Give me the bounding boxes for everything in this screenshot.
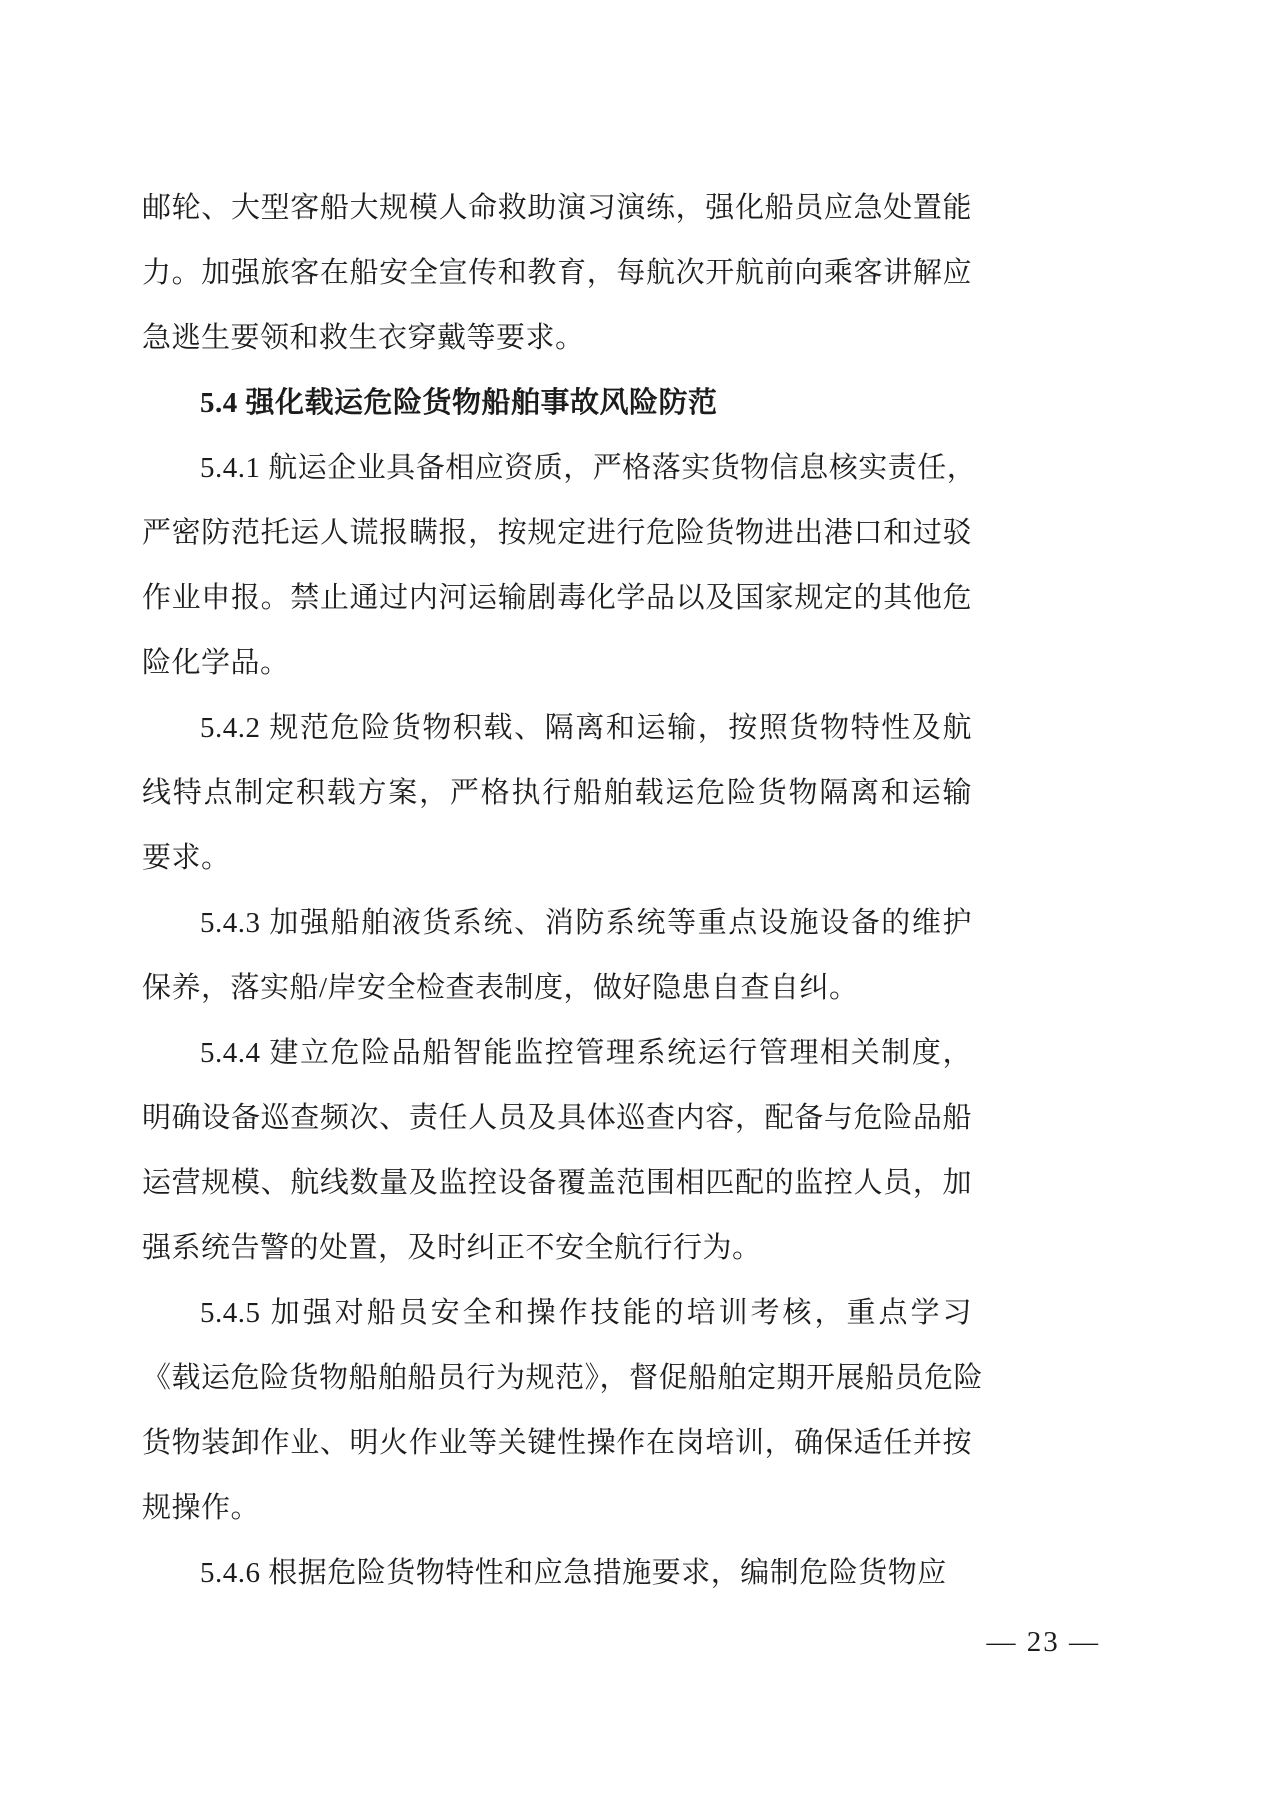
paragraph-5-4-2-line: 要求。: [142, 826, 972, 891]
paragraph-5-4-5-line: 规操作。: [142, 1476, 972, 1541]
paragraph-5-4-1-line: 作业申报。禁止通过内河运输剧毒化学品以及国家规定的其他危: [142, 566, 972, 631]
paragraph-passenger-safety-line: 力。加强旅客在船安全宣传和教育，每航次开航前向乘客讲解应: [142, 241, 972, 306]
paragraph-5-4-5-line: 《载运危险货物船舶船员行为规范》，督促船舶定期开展船员危险: [142, 1346, 972, 1411]
document-page: 邮轮、大型客船大规模人命救助演习演练，强化船员应急处置能 力。加强旅客在船安全宣…: [0, 0, 1280, 1810]
paragraph-5-4-6-line: 5.4.6 根据危险货物特性和应急措施要求，编制危险货物应: [142, 1541, 972, 1606]
paragraph-5-4-5-line: 货物装卸作业、明火作业等关键性操作在岗培训，确保适任并按: [142, 1411, 972, 1476]
section-heading-5-4: 5.4 强化载运危险货物船舶事故风险防范: [142, 371, 972, 436]
paragraph-5-4-1-line: 严密防范托运人谎报瞒报，按规定进行危险货物进出港口和过驳: [142, 501, 972, 566]
paragraph-5-4-5-line: 5.4.5 加强对船员安全和操作技能的培训考核，重点学习: [142, 1281, 972, 1346]
page-number: — 23 —: [987, 1622, 1101, 1662]
paragraph-5-4-3-line: 5.4.3 加强船舶液货系统、消防系统等重点设施设备的维护: [142, 891, 972, 956]
paragraph-5-4-1-line: 5.4.1 航运企业具备相应资质，严格落实货物信息核实责任，: [142, 436, 972, 501]
paragraph-5-4-4-line: 明确设备巡查频次、责任人员及具体巡查内容，配备与危险品船: [142, 1086, 972, 1151]
paragraph-5-4-1-line: 险化学品。: [142, 631, 972, 696]
paragraph-5-4-2-line: 5.4.2 规范危险货物积载、隔离和运输，按照货物特性及航: [142, 696, 972, 761]
paragraph-5-4-4-line: 运营规模、航线数量及监控设备覆盖范围相匹配的监控人员，加: [142, 1151, 972, 1216]
paragraph-5-4-3-line: 保养，落实船/岸安全检查表制度，做好隐患自查自纠。: [142, 956, 972, 1021]
paragraph-5-4-2-line: 线特点制定积载方案，严格执行船舶载运危险货物隔离和运输: [142, 761, 972, 826]
paragraph-passenger-safety-line: 邮轮、大型客船大规模人命救助演习演练，强化船员应急处置能: [142, 176, 972, 241]
paragraph-5-4-4-line: 5.4.4 建立危险品船智能监控管理系统运行管理相关制度，: [142, 1021, 972, 1086]
document-body: 邮轮、大型客船大规模人命救助演习演练，强化船员应急处置能 力。加强旅客在船安全宣…: [142, 176, 972, 1606]
paragraph-5-4-4-line: 强系统告警的处置，及时纠正不安全航行行为。: [142, 1216, 972, 1281]
paragraph-passenger-safety-line: 急逃生要领和救生衣穿戴等要求。: [142, 306, 972, 371]
